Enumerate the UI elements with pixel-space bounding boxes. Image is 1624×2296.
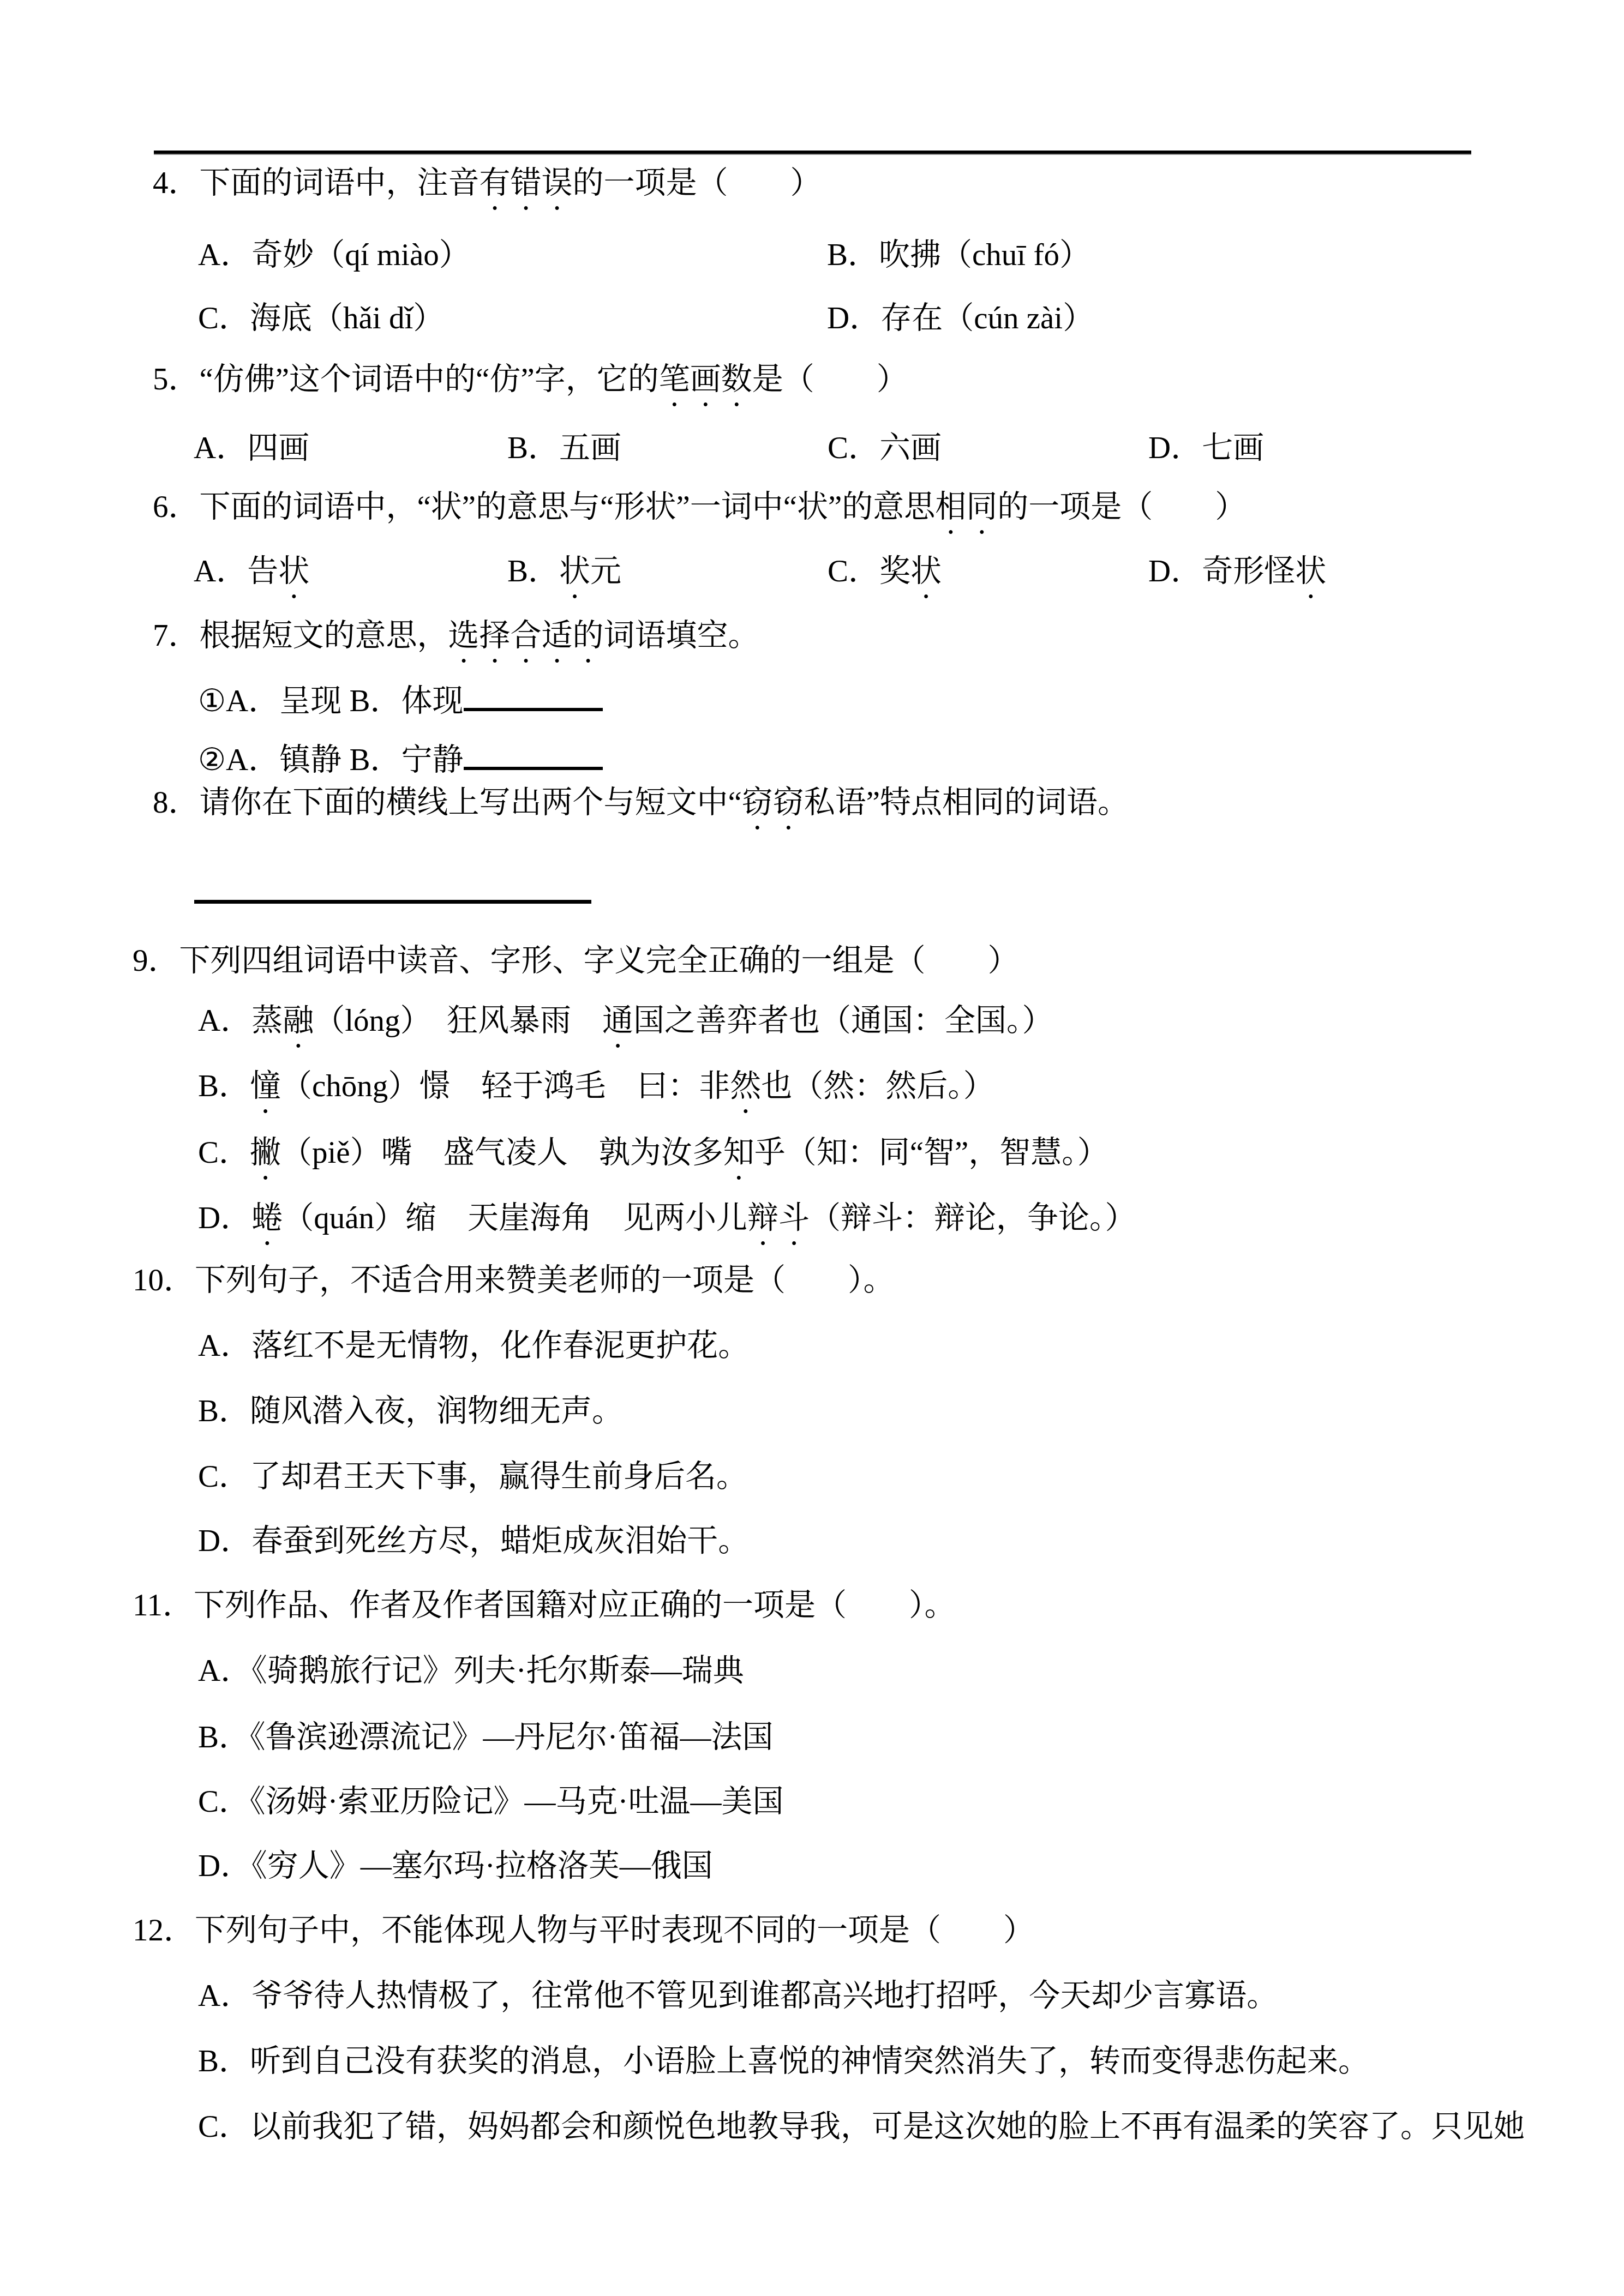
q7-stem-post: 词语填空。 xyxy=(604,618,759,653)
q8-number: 8． xyxy=(153,785,200,820)
question-12-option-a: A．爷爷待人热情极了，往常他不管见到谁都高兴地打招呼，今天却少言寡语。 xyxy=(198,1976,1278,2016)
question-11-option-b: B．《鲁滨逊漂流记》—丹尼尔·笛福—法国 xyxy=(198,1718,774,1757)
q11-stem-text: 下列作品、作者及作者国籍对应正确的一项是（ ）。 xyxy=(194,1588,956,1622)
q11-option-c-text: C．《汤姆·索亚历险记》—马克·吐温—美国 xyxy=(198,1784,783,1819)
q6-option-a-emphasis: 状 xyxy=(278,554,309,588)
question-6-option-a: A．告状 xyxy=(194,552,309,606)
q6-number: 6． xyxy=(153,490,200,524)
q7-stem-pre: 根据短文的意思， xyxy=(200,618,448,653)
q12-option-c-text: C．以前我犯了错，妈妈都会和颜悦色地教导我，可是这次她的脸上不再有温柔的笑容了。… xyxy=(198,2109,1525,2144)
q6-option-b-post: 元 xyxy=(590,554,621,588)
q9-option-b-seg3: 也（然：然后。） xyxy=(761,1069,994,1103)
question-5-option-c: C．六画 xyxy=(828,429,942,468)
q9-option-a-emphasis1: 融 xyxy=(283,1003,314,1038)
q5-stem-post: 是（ ） xyxy=(752,362,908,396)
q5-option-b-text: B．五画 xyxy=(507,431,621,465)
q6-option-a-pre: A．告 xyxy=(194,554,278,588)
q6-option-b-emphasis: 状 xyxy=(559,554,590,588)
question-10-option-d: D．春蚕到死丝方尽，蜡炬成灰泪始干。 xyxy=(198,1522,749,1561)
q8-stem-emphasis: 窃窃 xyxy=(742,785,804,820)
question-6-option-d: D．奇形怪状 xyxy=(1148,552,1326,606)
question-7-stem: 7．根据短文的意思，选择合适的词语填空。 xyxy=(153,616,759,670)
q9-option-c-seg3: 乎（知：同“智”，智慧。） xyxy=(754,1135,1108,1170)
q6-option-c-emphasis: 状 xyxy=(910,554,942,588)
q9-option-a-seg2: （lóng） 狂风暴雨 xyxy=(314,1003,602,1038)
q10-stem-text: 下列句子，不适合用来赞美老师的一项是（ ）。 xyxy=(195,1263,895,1297)
q8-stem-pre: 请你在下面的横线上写出两个与短文中“ xyxy=(200,785,742,820)
question-4-option-b: B．吹拂（chuī fó） xyxy=(827,236,1090,275)
q6-stem-emphasis: 相同 xyxy=(935,490,997,524)
q7-sub2-answer-blank xyxy=(464,762,603,770)
question-4-option-d: D．存在（cún zài） xyxy=(827,299,1094,338)
question-5-stem: 5．“仿佛”这个词语中的“仿”字，它的笔画数是（ ） xyxy=(153,360,908,414)
question-11-stem: 11．下列作品、作者及作者国籍对应正确的一项是（ ）。 xyxy=(133,1586,955,1625)
q5-stem-pre: “仿佛”这个词语中的“仿”字，它的 xyxy=(200,362,659,396)
q4-option-b-text: B．吹拂（chuī fó） xyxy=(827,238,1090,272)
question-4-stem: 4．下面的词语中，注音有错误的一项是（ ） xyxy=(153,164,822,218)
question-5-option-b: B．五画 xyxy=(507,429,621,468)
question-5-option-d: D．七画 xyxy=(1148,429,1264,468)
q10-number: 10． xyxy=(133,1263,195,1297)
question-12-stem: 12．下列句子中，不能体现人物与平时表现不同的一项是（ ） xyxy=(133,1911,1034,1950)
q9-option-d-seg3: （辩斗：辩论，争论。） xyxy=(810,1201,1136,1235)
question-12-option-c: C．以前我犯了错，妈妈都会和颜悦色地教导我，可是这次她的脸上不再有温柔的笑容了。… xyxy=(198,2107,1525,2147)
q12-option-a-text: A．爷爷待人热情极了，往常他不管见到谁都高兴地打招呼，今天却少言寡语。 xyxy=(198,1979,1278,2013)
q6-option-c-pre: C．奖 xyxy=(828,554,910,588)
q6-stem-pre: 下面的词语中，“状”的意思与“形状”一词中“状”的意思 xyxy=(200,490,936,524)
q4-option-a-text: A．奇妙（qí miào） xyxy=(198,238,470,272)
question-7-sub2: ②A．镇静 B．宁静 xyxy=(198,741,603,780)
question-4-option-a: A．奇妙（qí miào） xyxy=(198,236,470,275)
q9-option-c-emphasis2: 知 xyxy=(723,1135,754,1170)
worksheet-page: 4．下面的词语中，注音有错误的一项是（ ） A．奇妙（qí miào） B．吹拂… xyxy=(0,0,1624,2296)
question-10-option-b: B．随风潜入夜，润物细无声。 xyxy=(198,1392,623,1431)
q9-number: 9． xyxy=(133,943,179,978)
q9-option-c-emphasis1: 撇 xyxy=(250,1135,281,1170)
q9-option-a-emphasis2: 通 xyxy=(602,1003,633,1038)
q9-option-b-emphasis2: 然 xyxy=(730,1069,761,1103)
question-9-stem: 9．下列四组词语中读音、字形、字义完全正确的一组是（ ） xyxy=(133,941,1019,981)
q9-option-b-seg2: （chōng）憬 轻于鸿毛 曰：非 xyxy=(281,1069,730,1103)
q5-option-d-text: D．七画 xyxy=(1148,431,1264,465)
q9-option-c-seg2: （piě）嘴 盛气凌人 孰为汝多 xyxy=(281,1135,723,1170)
q8-answer-line xyxy=(194,900,591,904)
q12-option-b-text: B．听到自己没有获奖的消息，小语脸上喜悦的神情突然消失了，转而变得悲伤起来。 xyxy=(198,2044,1369,2078)
q7-sub1-text: ①A．呈现 B．体现 xyxy=(198,684,464,718)
question-11-option-d: D．《穷人》—塞尔玛·拉格洛芙—俄国 xyxy=(198,1847,713,1886)
q4-stem-emphasis: 有错误 xyxy=(480,166,573,200)
q10-option-b-text: B．随风潜入夜，润物细无声。 xyxy=(198,1394,623,1428)
question-5-option-a: A．四画 xyxy=(194,429,309,468)
question-9-option-c: C．撇（piě）嘴 盛气凌人 孰为汝多知乎（知：同“智”，智慧。） xyxy=(198,1133,1108,1187)
q9-stem-text: 下列四组词语中读音、字形、字义完全正确的一组是（ ） xyxy=(179,943,1019,978)
question-4-option-c: C．海底（hǎi dǐ） xyxy=(198,299,444,338)
q7-number: 7． xyxy=(153,618,200,653)
q6-stem-post: 的一项是（ ） xyxy=(997,490,1246,524)
q5-option-c-text: C．六画 xyxy=(828,431,942,465)
question-9-option-d: D．蜷（quán）缩 天崖海角 见两小儿辩斗（辩斗：辩论，争论。） xyxy=(198,1199,1136,1253)
q9-option-a-seg3: 国之善弈者也（通国：全国。） xyxy=(633,1003,1053,1038)
question-6-option-c: C．奖状 xyxy=(828,552,942,606)
question-7-sub1: ①A．呈现 B．体现 xyxy=(198,682,603,721)
question-10-option-c: C．了却君王天下事，赢得生前身后名。 xyxy=(198,1457,747,1496)
question-8-stem: 8．请你在下面的横线上写出两个与短文中“窃窃私语”特点相同的词语。 xyxy=(153,783,1129,837)
q9-option-d-emphasis1: 蜷 xyxy=(251,1201,283,1235)
q7-stem-emphasis: 选择合适的 xyxy=(448,618,604,653)
q4-option-d-text: D．存在（cún zài） xyxy=(827,301,1094,335)
q9-option-d-seg2: （quán）缩 天崖海角 见两小儿 xyxy=(283,1201,747,1235)
q11-option-d-text: D．《穷人》—塞尔玛·拉格洛芙—俄国 xyxy=(198,1849,713,1883)
q10-option-a-text: A．落红不是无情物，化作春泥更护花。 xyxy=(198,1329,749,1363)
q7-sub1-answer-blank xyxy=(464,704,603,711)
q9-option-b-emphasis1: 憧 xyxy=(250,1069,281,1103)
question-6-stem: 6．下面的词语中，“状”的意思与“形状”一词中“状”的意思相同的一项是（ ） xyxy=(153,488,1246,542)
q11-number: 11． xyxy=(133,1588,194,1622)
q12-stem-text: 下列句子中，不能体现人物与平时表现不同的一项是（ ） xyxy=(195,1913,1034,1948)
q8-stem-post: 私语”特点相同的词语。 xyxy=(804,785,1129,820)
question-9-option-a: A．蒸融（lóng） 狂风暴雨 通国之善弈者也（通国：全国。） xyxy=(198,1001,1053,1055)
question-11-option-c: C．《汤姆·索亚历险记》—马克·吐温—美国 xyxy=(198,1782,783,1822)
q6-option-b-pre: B． xyxy=(507,554,559,588)
q10-option-d-text: D．春蚕到死丝方尽，蜡炬成灰泪始干。 xyxy=(198,1524,749,1558)
q4-stem-post: 的一项是（ ） xyxy=(573,166,822,200)
q6-option-d-pre: D．奇形怪 xyxy=(1148,554,1295,588)
top-divider-rule xyxy=(154,151,1471,155)
q6-option-d-emphasis: 状 xyxy=(1295,554,1326,588)
question-6-option-b: B．状元 xyxy=(507,552,621,606)
question-11-option-a: A．《骑鹅旅行记》列夫·托尔斯泰—瑞典 xyxy=(198,1651,744,1691)
question-10-stem: 10．下列句子，不适合用来赞美老师的一项是（ ）。 xyxy=(133,1261,895,1300)
question-9-option-b: B．憧（chōng）憬 轻于鸿毛 曰：非然也（然：然后。） xyxy=(198,1067,994,1121)
q9-option-c-seg1: C． xyxy=(198,1135,250,1170)
q4-option-c-text: C．海底（hǎi dǐ） xyxy=(198,301,444,335)
q11-option-b-text: B．《鲁滨逊漂流记》—丹尼尔·笛福—法国 xyxy=(198,1720,774,1754)
q9-option-b-seg1: B． xyxy=(198,1069,250,1103)
q10-option-c-text: C．了却君王天下事，赢得生前身后名。 xyxy=(198,1459,747,1494)
question-12-option-b: B．听到自己没有获奖的消息，小语脸上喜悦的神情突然消失了，转而变得悲伤起来。 xyxy=(198,2042,1369,2081)
q9-option-d-seg1: D． xyxy=(198,1201,251,1235)
question-10-option-a: A．落红不是无情物，化作春泥更护花。 xyxy=(198,1326,749,1366)
q5-stem-emphasis: 笔画数 xyxy=(659,362,752,396)
q4-stem-pre: 下面的词语中，注音 xyxy=(200,166,480,200)
q4-number: 4． xyxy=(153,166,200,200)
q12-number: 12． xyxy=(133,1913,195,1948)
q7-sub2-text: ②A．镇静 B．宁静 xyxy=(198,743,464,777)
q9-option-d-emphasis2: 辩斗 xyxy=(747,1201,810,1235)
q5-number: 5． xyxy=(153,362,200,396)
q11-option-a-text: A．《骑鹅旅行记》列夫·托尔斯泰—瑞典 xyxy=(198,1654,744,1688)
q9-option-a-seg1: A．蒸 xyxy=(198,1003,283,1038)
q5-option-a-text: A．四画 xyxy=(194,431,309,465)
